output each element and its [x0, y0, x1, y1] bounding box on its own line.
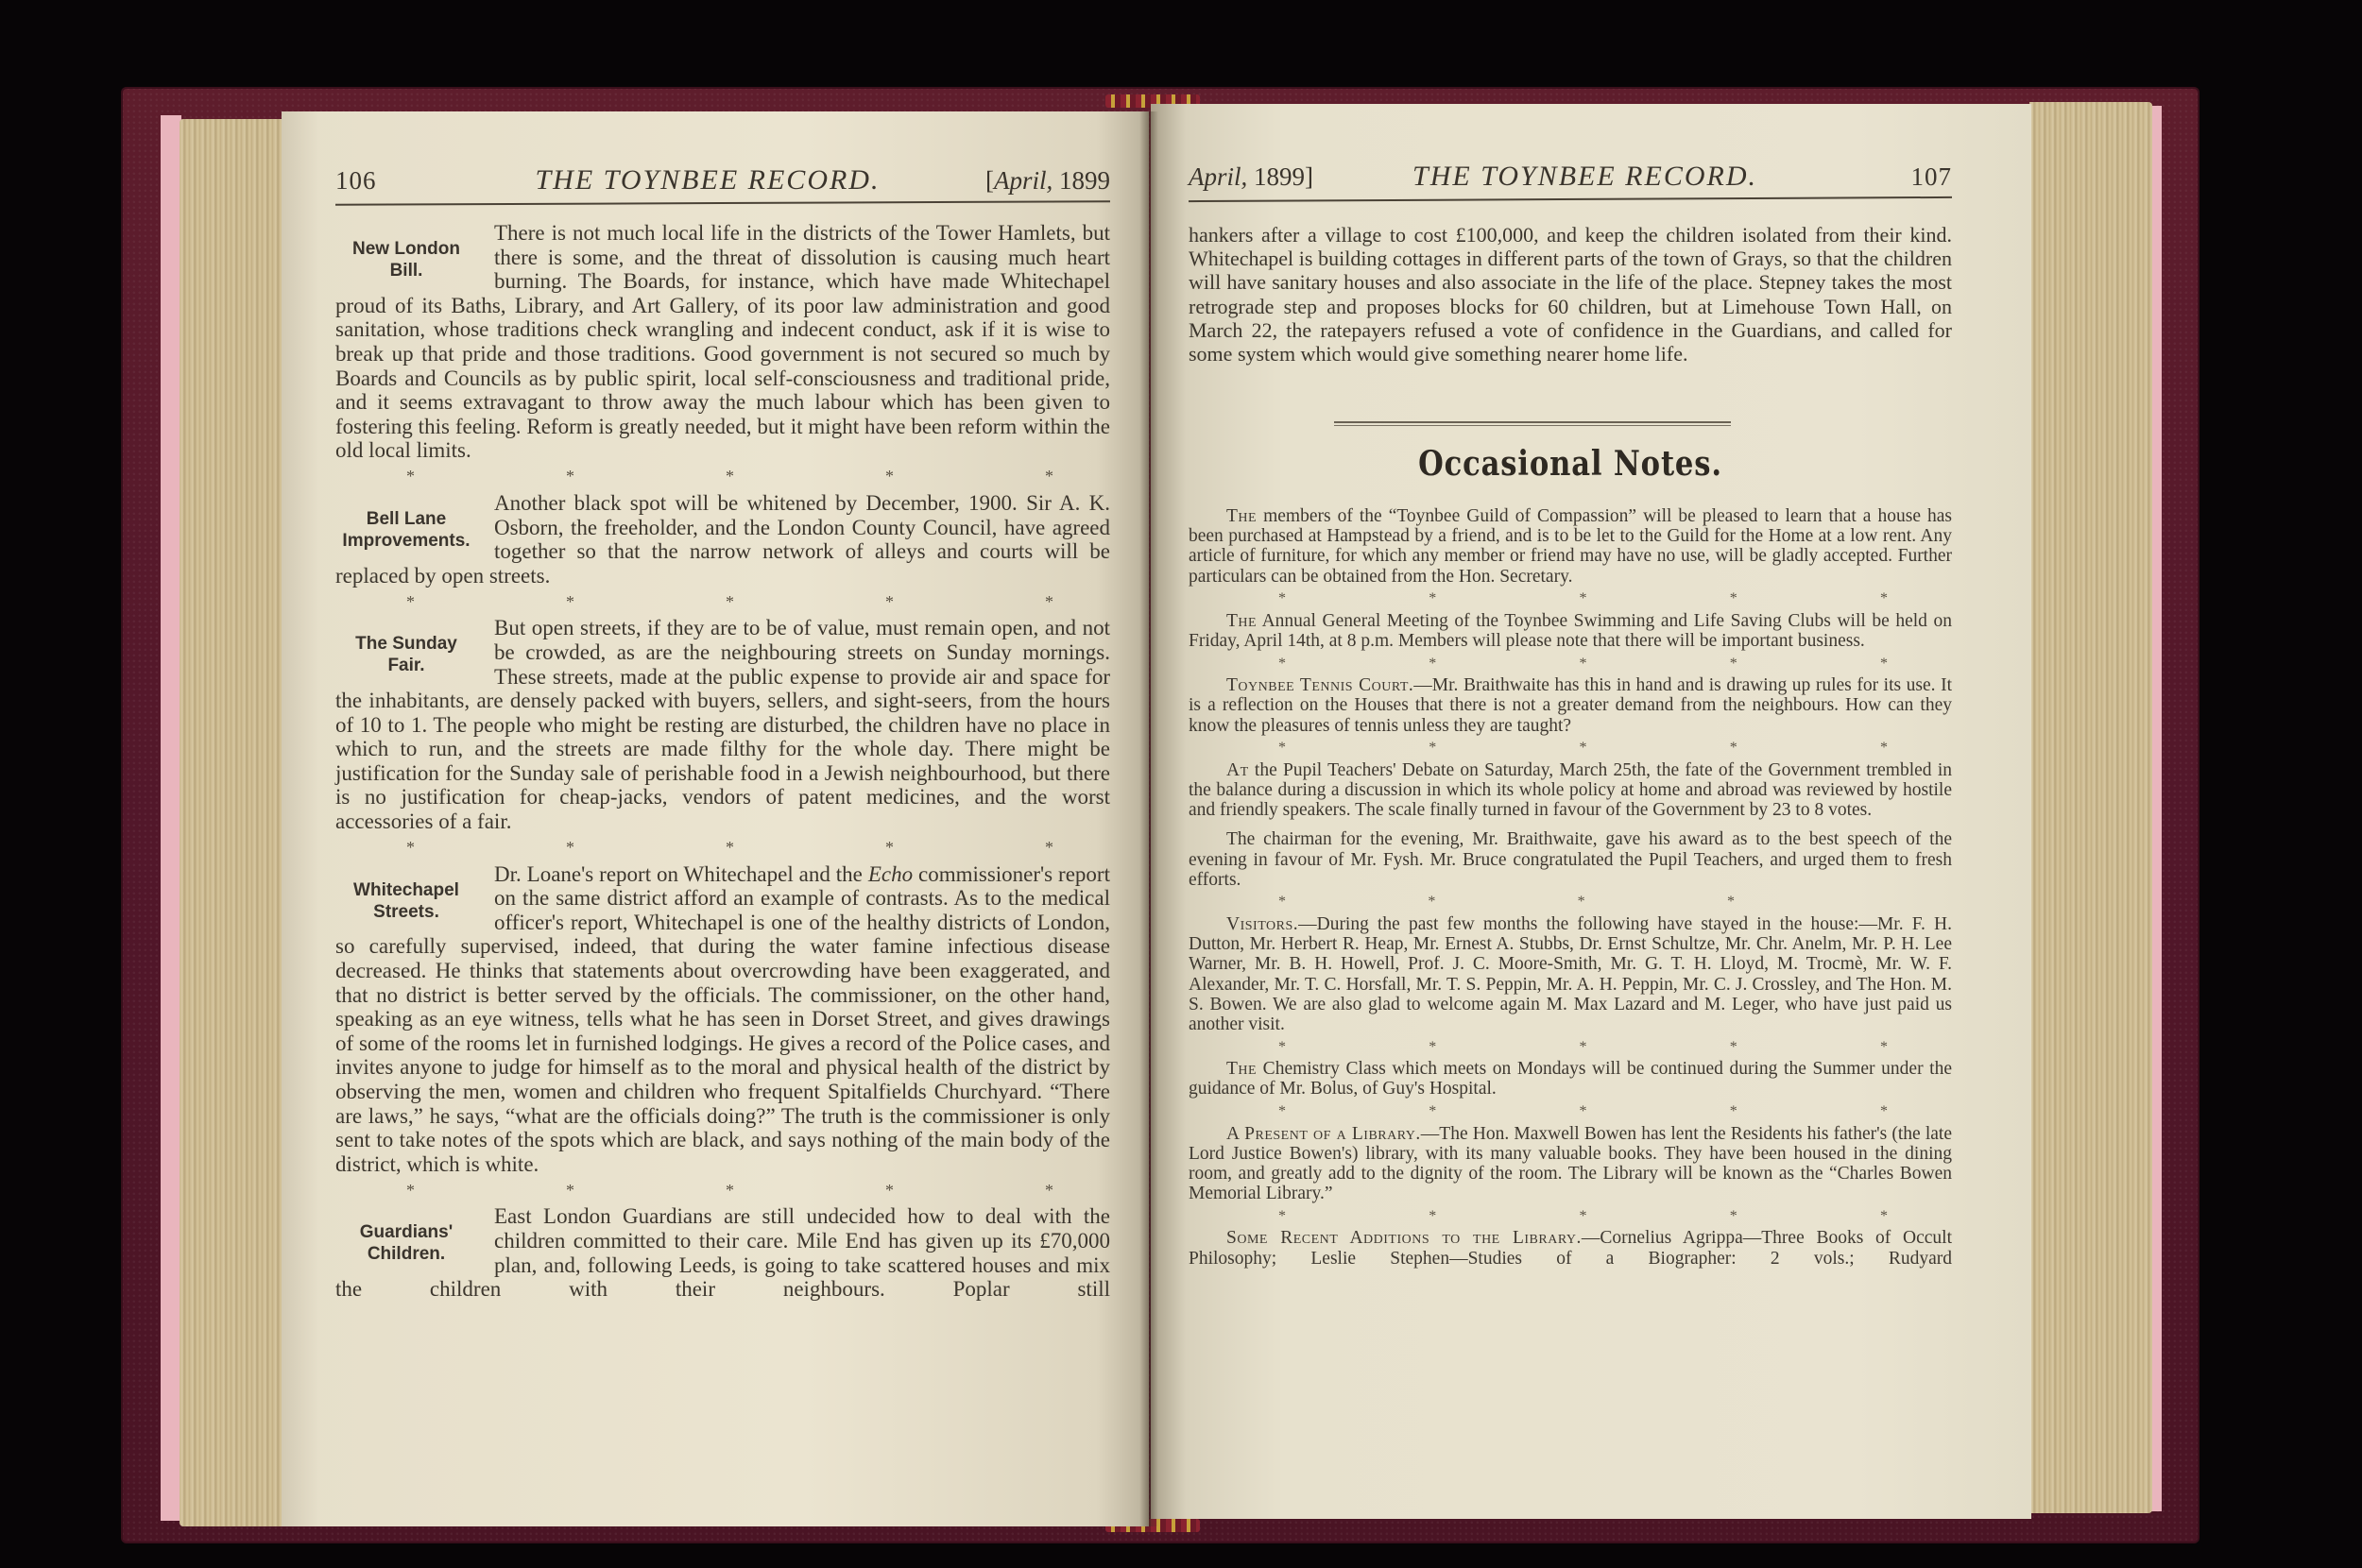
- section-sunday-fair: The Sunday Fair. But open streets, if th…: [335, 616, 1110, 833]
- note-visitors: Visitors.—During the past few months the…: [1189, 914, 1952, 1034]
- sidenote: The Sunday Fair.: [335, 633, 477, 676]
- section-heading: Occasional Notes.: [1246, 444, 1895, 484]
- bracket: [: [985, 166, 994, 195]
- section-separator: *****: [335, 588, 1110, 616]
- section-separator: *****: [335, 463, 1110, 491]
- page-number: 106: [335, 166, 377, 196]
- note-separator: *****: [1189, 587, 1952, 611]
- left-page-edges: [180, 119, 285, 1526]
- issue-year: 1899: [1059, 166, 1110, 195]
- section-bell-lane: Bell Lane Improvements. Another black sp…: [335, 491, 1110, 588]
- note-separator: *****: [1189, 1034, 1952, 1059]
- issue-date: [April, 1899: [985, 166, 1110, 196]
- note-tennis-court: Toynbee Tennis Court.—Mr. Braithwaite ha…: [1189, 675, 1952, 736]
- sidenote: New London Bill.: [335, 238, 477, 281]
- section-guardians-children: Guardians' Children. East London Guardia…: [335, 1204, 1110, 1301]
- note-debate-continuation: The chairman for the evening, Mr. Braith…: [1189, 829, 1952, 890]
- sidenote: Guardians' Children.: [335, 1221, 477, 1265]
- note-separator: *****: [1189, 1099, 1952, 1124]
- occasional-notes: The members of the “Toynbee Guild of Com…: [1189, 506, 1952, 1269]
- running-head-left: 106 THE TOYNBEE RECORD. [April, 1899: [335, 164, 1110, 196]
- note-library-additions: Some Recent Additions to the Library.—Co…: [1189, 1228, 1952, 1268]
- sidenote: Bell Lane Improvements.: [335, 508, 477, 552]
- note-guild-of-compassion: The members of the “Toynbee Guild of Com…: [1189, 506, 1952, 587]
- note-library-present: A Present of a Library.—The Hon. Maxwell…: [1189, 1124, 1952, 1204]
- right-page-edges: [2029, 102, 2152, 1513]
- note-separator: *****: [1189, 736, 1952, 760]
- right-column: hankers after a village to cost £100,000…: [1189, 223, 1952, 366]
- section-rule: [1334, 421, 1731, 426]
- issue-date: April, 1899]: [1189, 162, 1313, 192]
- continued-paragraph: hankers after a village to cost £100,000…: [1189, 223, 1952, 366]
- issue-month: April,: [1189, 162, 1247, 191]
- page-shading: [282, 111, 319, 1526]
- running-head-right: April, 1899] THE TOYNBEE RECORD. 107: [1189, 161, 1952, 193]
- issue-month: April,: [994, 166, 1053, 195]
- left-column: New London Bill. There is not much local…: [335, 221, 1110, 1302]
- bracket: ]: [1305, 162, 1313, 191]
- section-separator: *****: [335, 1176, 1110, 1204]
- running-title: THE TOYNBEE RECORD.: [1412, 161, 1757, 193]
- left-endpaper: [161, 115, 181, 1521]
- issue-year: 1899: [1254, 162, 1305, 191]
- section-new-london-bill: New London Bill. There is not much local…: [335, 221, 1110, 463]
- note-pupil-teachers-debate: At the Pupil Teachers' Debate on Saturda…: [1189, 760, 1952, 821]
- running-title: THE TOYNBEE RECORD.: [536, 164, 881, 196]
- note-separator: *****: [1189, 1203, 1952, 1228]
- page-number: 107: [1911, 162, 1953, 192]
- sidenote: Whitechapel Streets.: [335, 879, 477, 923]
- note-separator: ****: [1189, 890, 1952, 914]
- section-separator: *****: [335, 834, 1110, 862]
- gutter: [1139, 111, 1158, 1526]
- note-chemistry-class: The Chemistry Class which meets on Monda…: [1189, 1059, 1952, 1099]
- newspaper-title: Echo: [868, 862, 913, 886]
- note-swimming-club: The Annual General Meeting of the Toynbe…: [1189, 611, 1952, 651]
- section-whitechapel-streets: Whitechapel Streets. Dr. Loane's report …: [335, 862, 1110, 1177]
- note-separator: *****: [1189, 651, 1952, 675]
